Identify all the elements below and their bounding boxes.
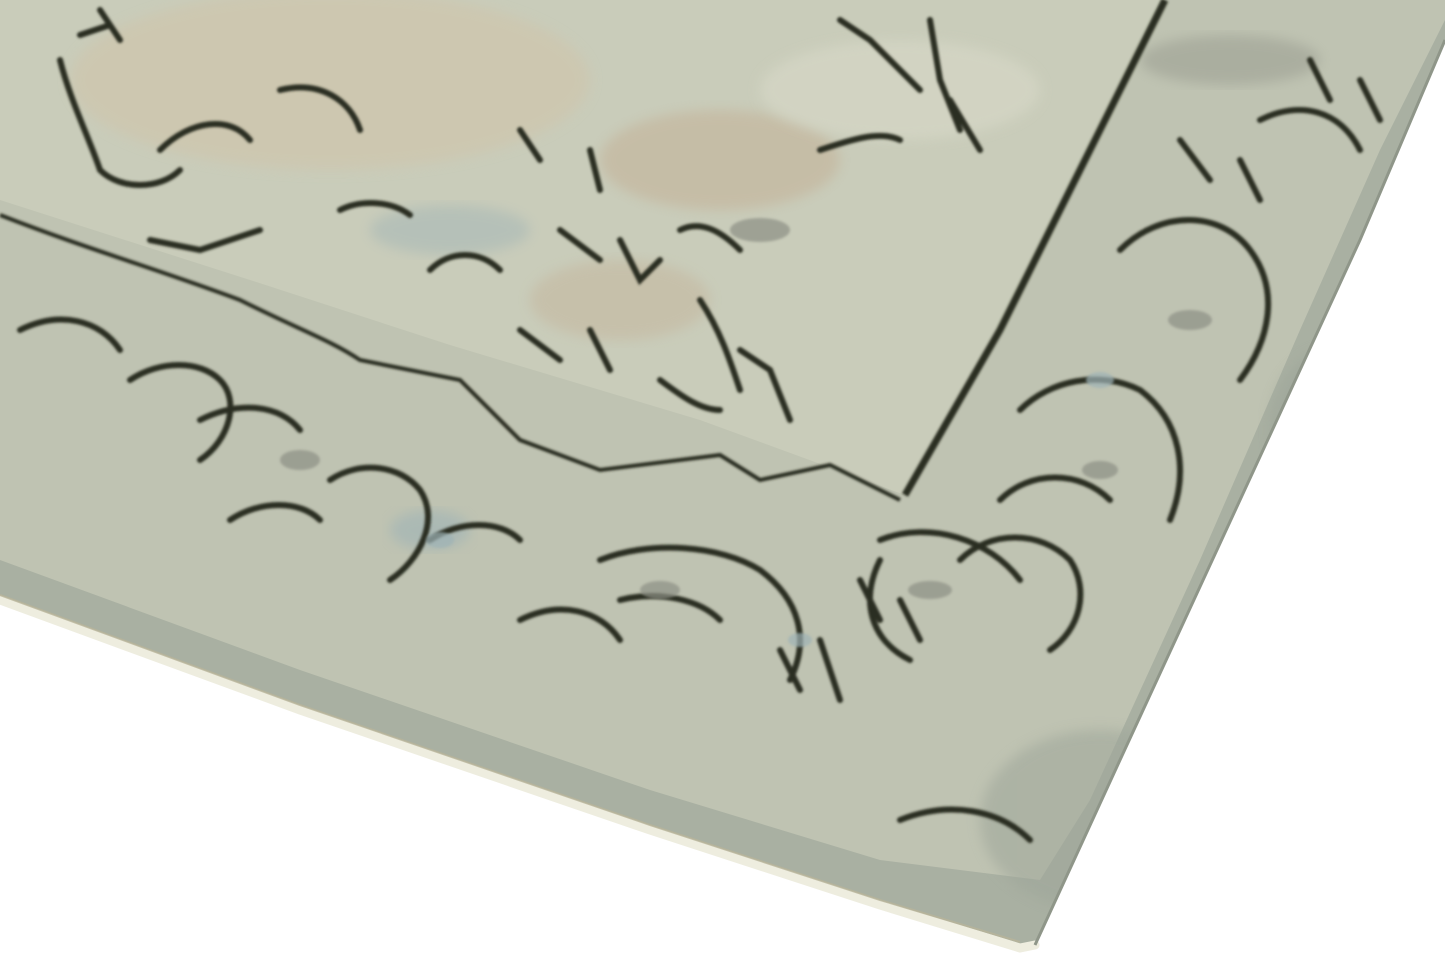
rug-photo xyxy=(0,0,1445,963)
